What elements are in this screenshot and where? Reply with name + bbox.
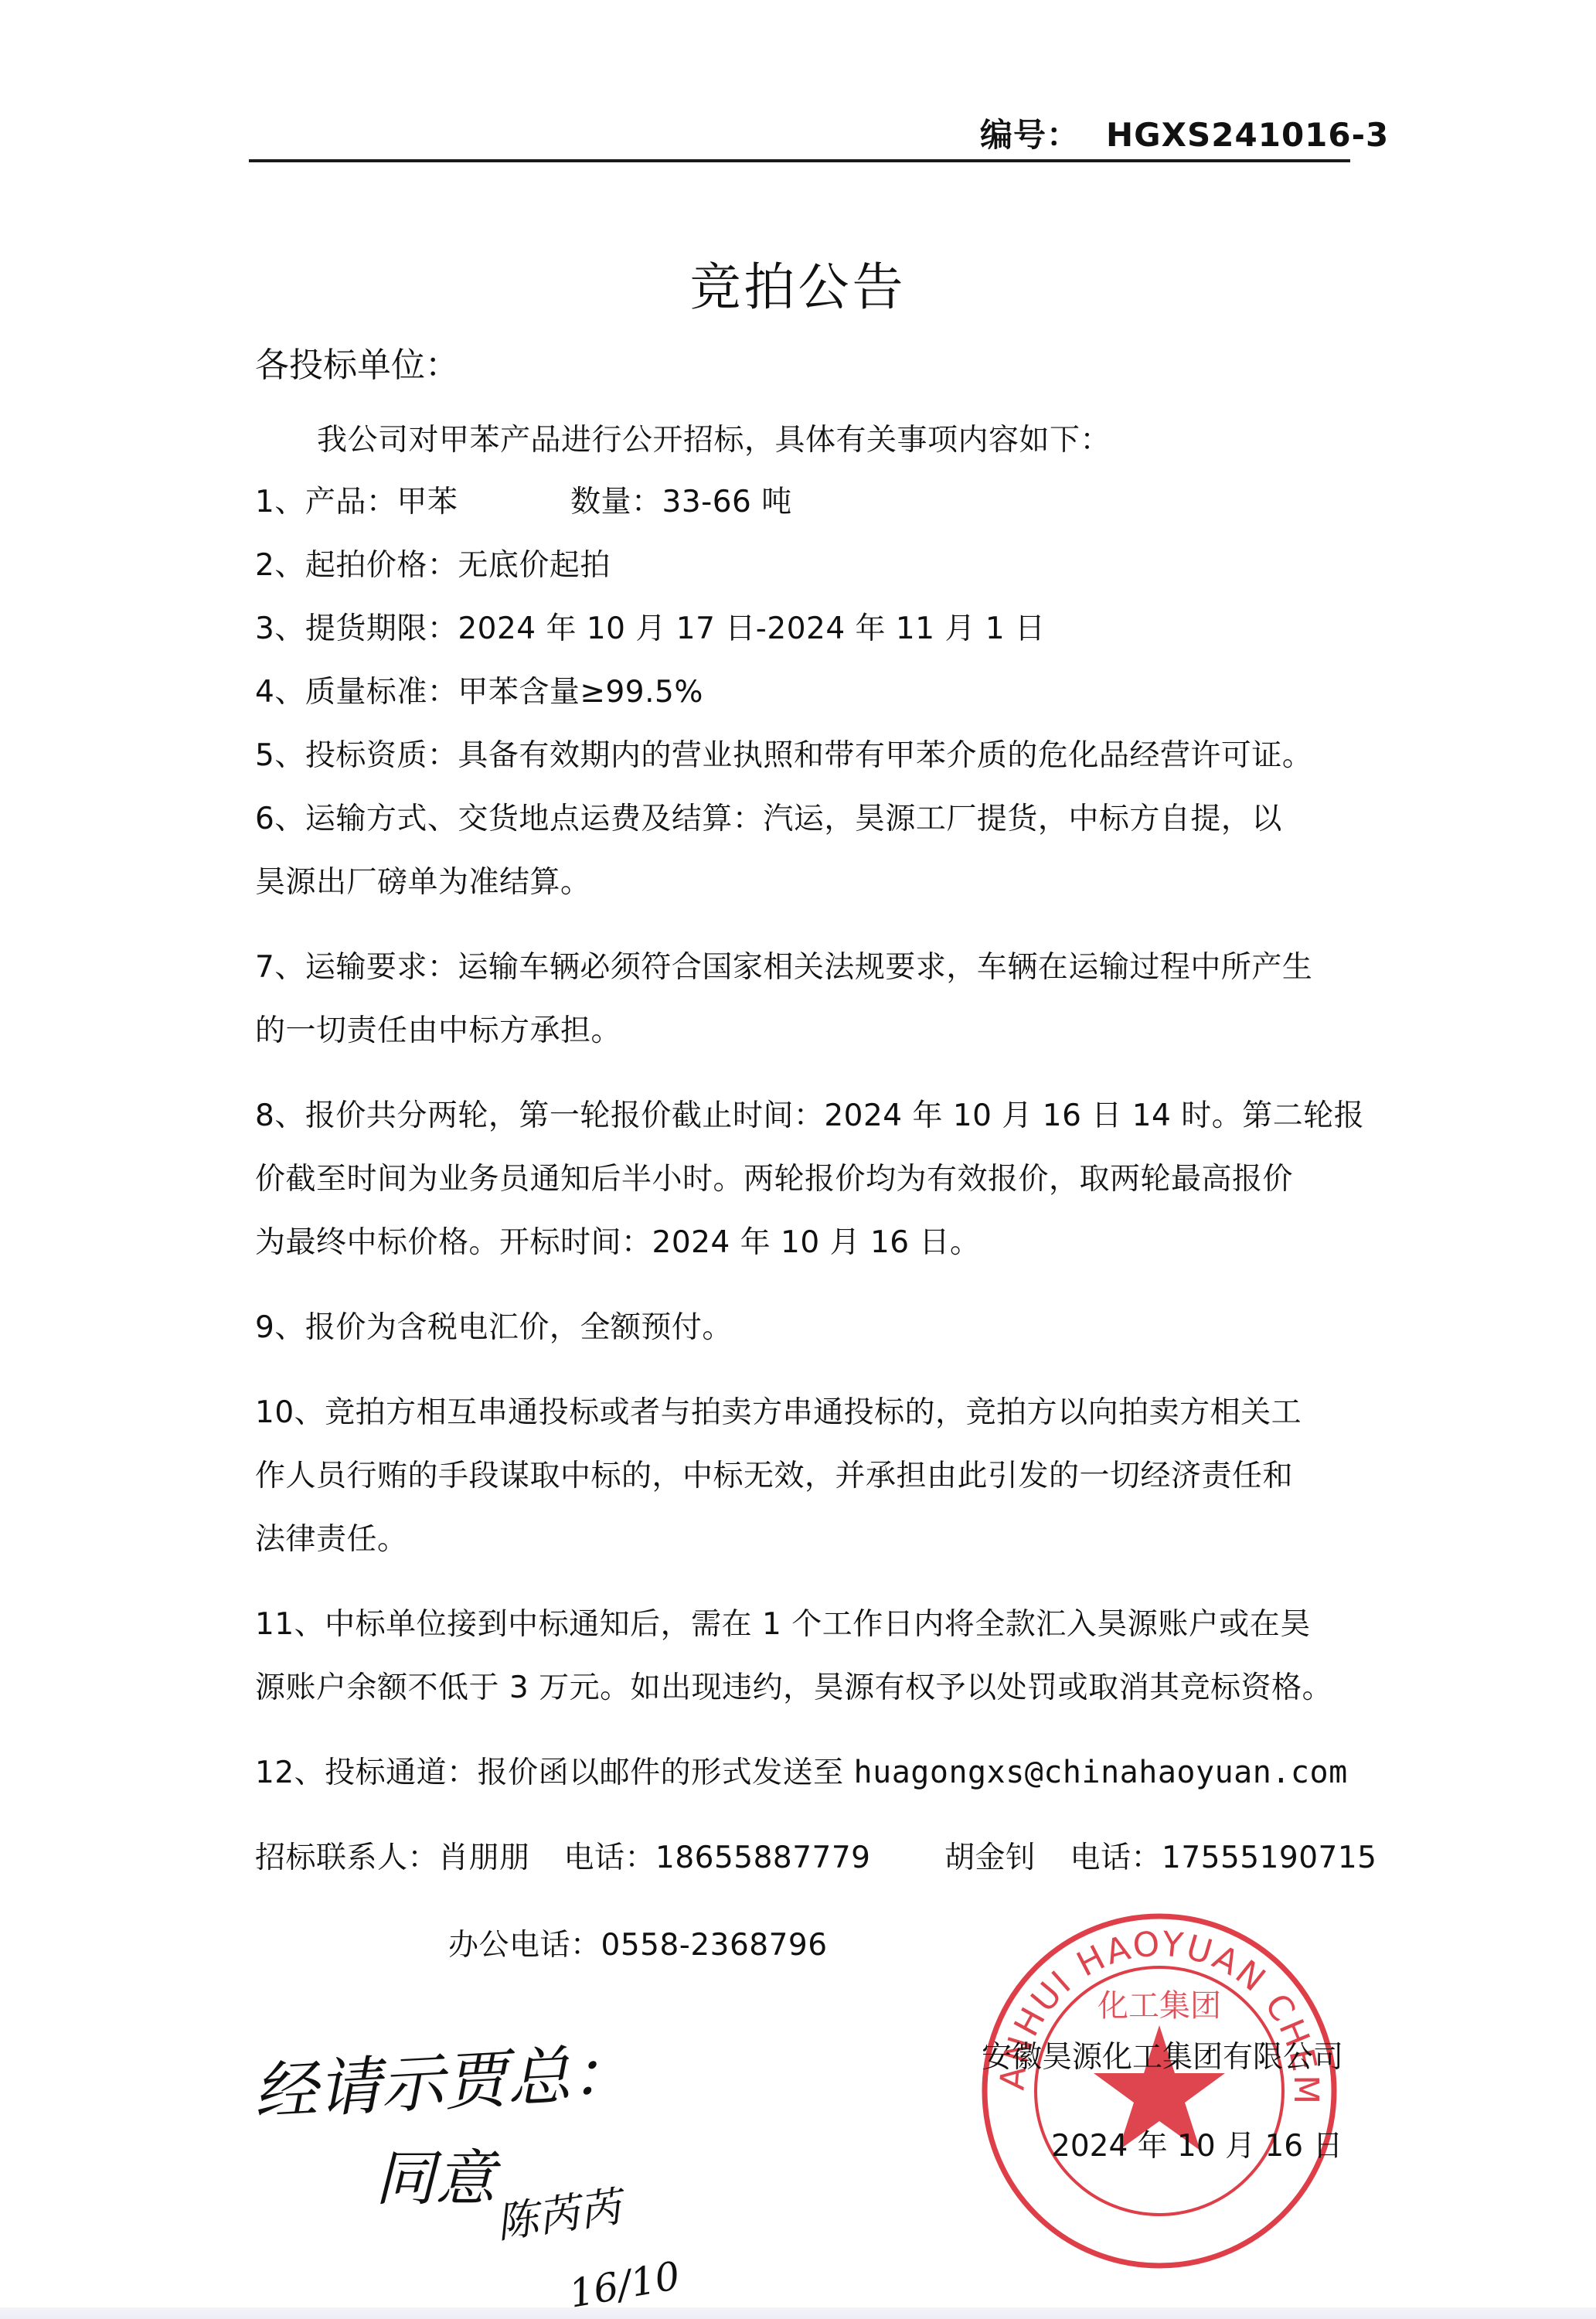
item-10-line-1: 10、竞拍方相互串通投标或者与拍卖方串通投标的，竞拍方以向拍卖方相关工 (255, 1388, 1302, 1432)
header-rule (249, 159, 1350, 162)
page-bottom-edge (0, 2307, 1596, 2319)
document-number-value: HGXS241016-3 (1106, 116, 1389, 154)
item-4: 4、质量标准：甲苯含量≥99.5% (255, 668, 703, 711)
contact-1-name: 肖朋朋 (438, 1841, 530, 1875)
item-9: 9、报价为含税电汇价，全额预付。 (255, 1303, 733, 1347)
item-12-label: 12、投标通道：报价函以邮件的形式发送至 (255, 1755, 854, 1790)
contact-2-phone: 电话：17555190715 (1070, 1841, 1377, 1875)
office-phone: 办公电话：0558-2368796 (448, 1921, 828, 1964)
company-seal-icon: ANHUI HAOYUAN CHEMICAL GROUP CO.,LTD 化工集… (978, 1909, 1341, 2273)
item-3: 3、提货期限：2024 年 10 月 17 日-2024 年 11 月 1 日 (255, 604, 1046, 648)
intro-paragraph: 我公司对甲苯产品进行公开招标，具体有关事项内容如下： (317, 416, 1111, 459)
item-7-line-2: 的一切责任由中标方承担。 (255, 1006, 621, 1050)
contact-label: 招标联系人： (255, 1841, 438, 1875)
item-8-line-2: 价截至时间为业务员通知后半小时。两轮报价均为有效报价，取两轮最高报价 (255, 1155, 1293, 1198)
item-6-line-1: 6、运输方式、交货地点运费及结算：汽运，昊源工厂提货，中标方自提，以 (255, 795, 1282, 838)
item-12: 12、投标通道：报价函以邮件的形式发送至 huagongxs@chinahaoy… (255, 1749, 1348, 1792)
item-8-line-3: 为最终中标价格。开标时间：2024 年 10 月 16 日。 (255, 1218, 981, 1262)
item-5: 5、投标资质：具备有效期内的营业执照和带有甲苯介质的危化品经营许可证。 (255, 731, 1312, 775)
contact-person-2: 胡金钊电话：17555190715 (944, 1834, 1377, 1877)
item-1-product: 1、产品：甲苯 (255, 478, 458, 521)
item-6-line-2: 昊源出厂磅单为准结算。 (255, 858, 591, 901)
handwriting-approved: 同意 (375, 2144, 502, 2214)
document-number: 编号：HGXS241016-3 (980, 110, 1389, 156)
contact-person-1: 招标联系人：肖朋朋电话：18655887779 (255, 1834, 870, 1877)
item-8-line-1: 8、报价共分两轮，第一轮报价截止时间：2024 年 10 月 16 日 14 时… (255, 1091, 1364, 1135)
item-10-line-3: 法律责任。 (255, 1515, 408, 1558)
page-title: 竞拍公告 (0, 246, 1596, 319)
contact-1-phone: 电话：18655887779 (564, 1841, 871, 1875)
document-number-label: 编号： (980, 116, 1080, 154)
item-11-line-2: 源账户余额不低于 3 万元。如出现违约，昊源有权予以处罚或取消其竞标资格。 (255, 1663, 1332, 1707)
issue-date: 2024 年 10 月 16 日 (1051, 2122, 1343, 2165)
handwritten-approval: 经请示贾总： 同意 陈芮芮 16/10 (247, 2041, 711, 2319)
handwriting-line-1: 经请示贾总： (252, 2041, 635, 2130)
contact-2-name: 胡金钊 (944, 1841, 1036, 1875)
svg-text:化工集团: 化工集团 (1097, 1988, 1221, 2024)
item-10-line-2: 作人员行贿的手段谋取中标的，中标无效，并承担由此引发的一切经济责任和 (255, 1452, 1293, 1495)
salutation: 各投标单位： (255, 337, 459, 386)
item-2: 2、起拍价格：无底价起拍 (255, 541, 611, 584)
item-1-quantity: 数量：33-66 吨 (570, 478, 792, 521)
bid-email-link[interactable]: huagongxs@chinahaoyuan.com (854, 1755, 1348, 1790)
issuer-company: 安徽昊源化工集团有限公司 (982, 2033, 1343, 2076)
item-11-line-1: 11、中标单位接到中标通知后，需在 1 个工作日内将全款汇入昊源账户或在昊 (255, 1600, 1311, 1643)
item-7-line-1: 7、运输要求：运输车辆必须符合国家相关法规要求，车辆在运输过程中所产生 (255, 943, 1312, 986)
handwriting-signer: 陈芮芮 (493, 2181, 630, 2248)
